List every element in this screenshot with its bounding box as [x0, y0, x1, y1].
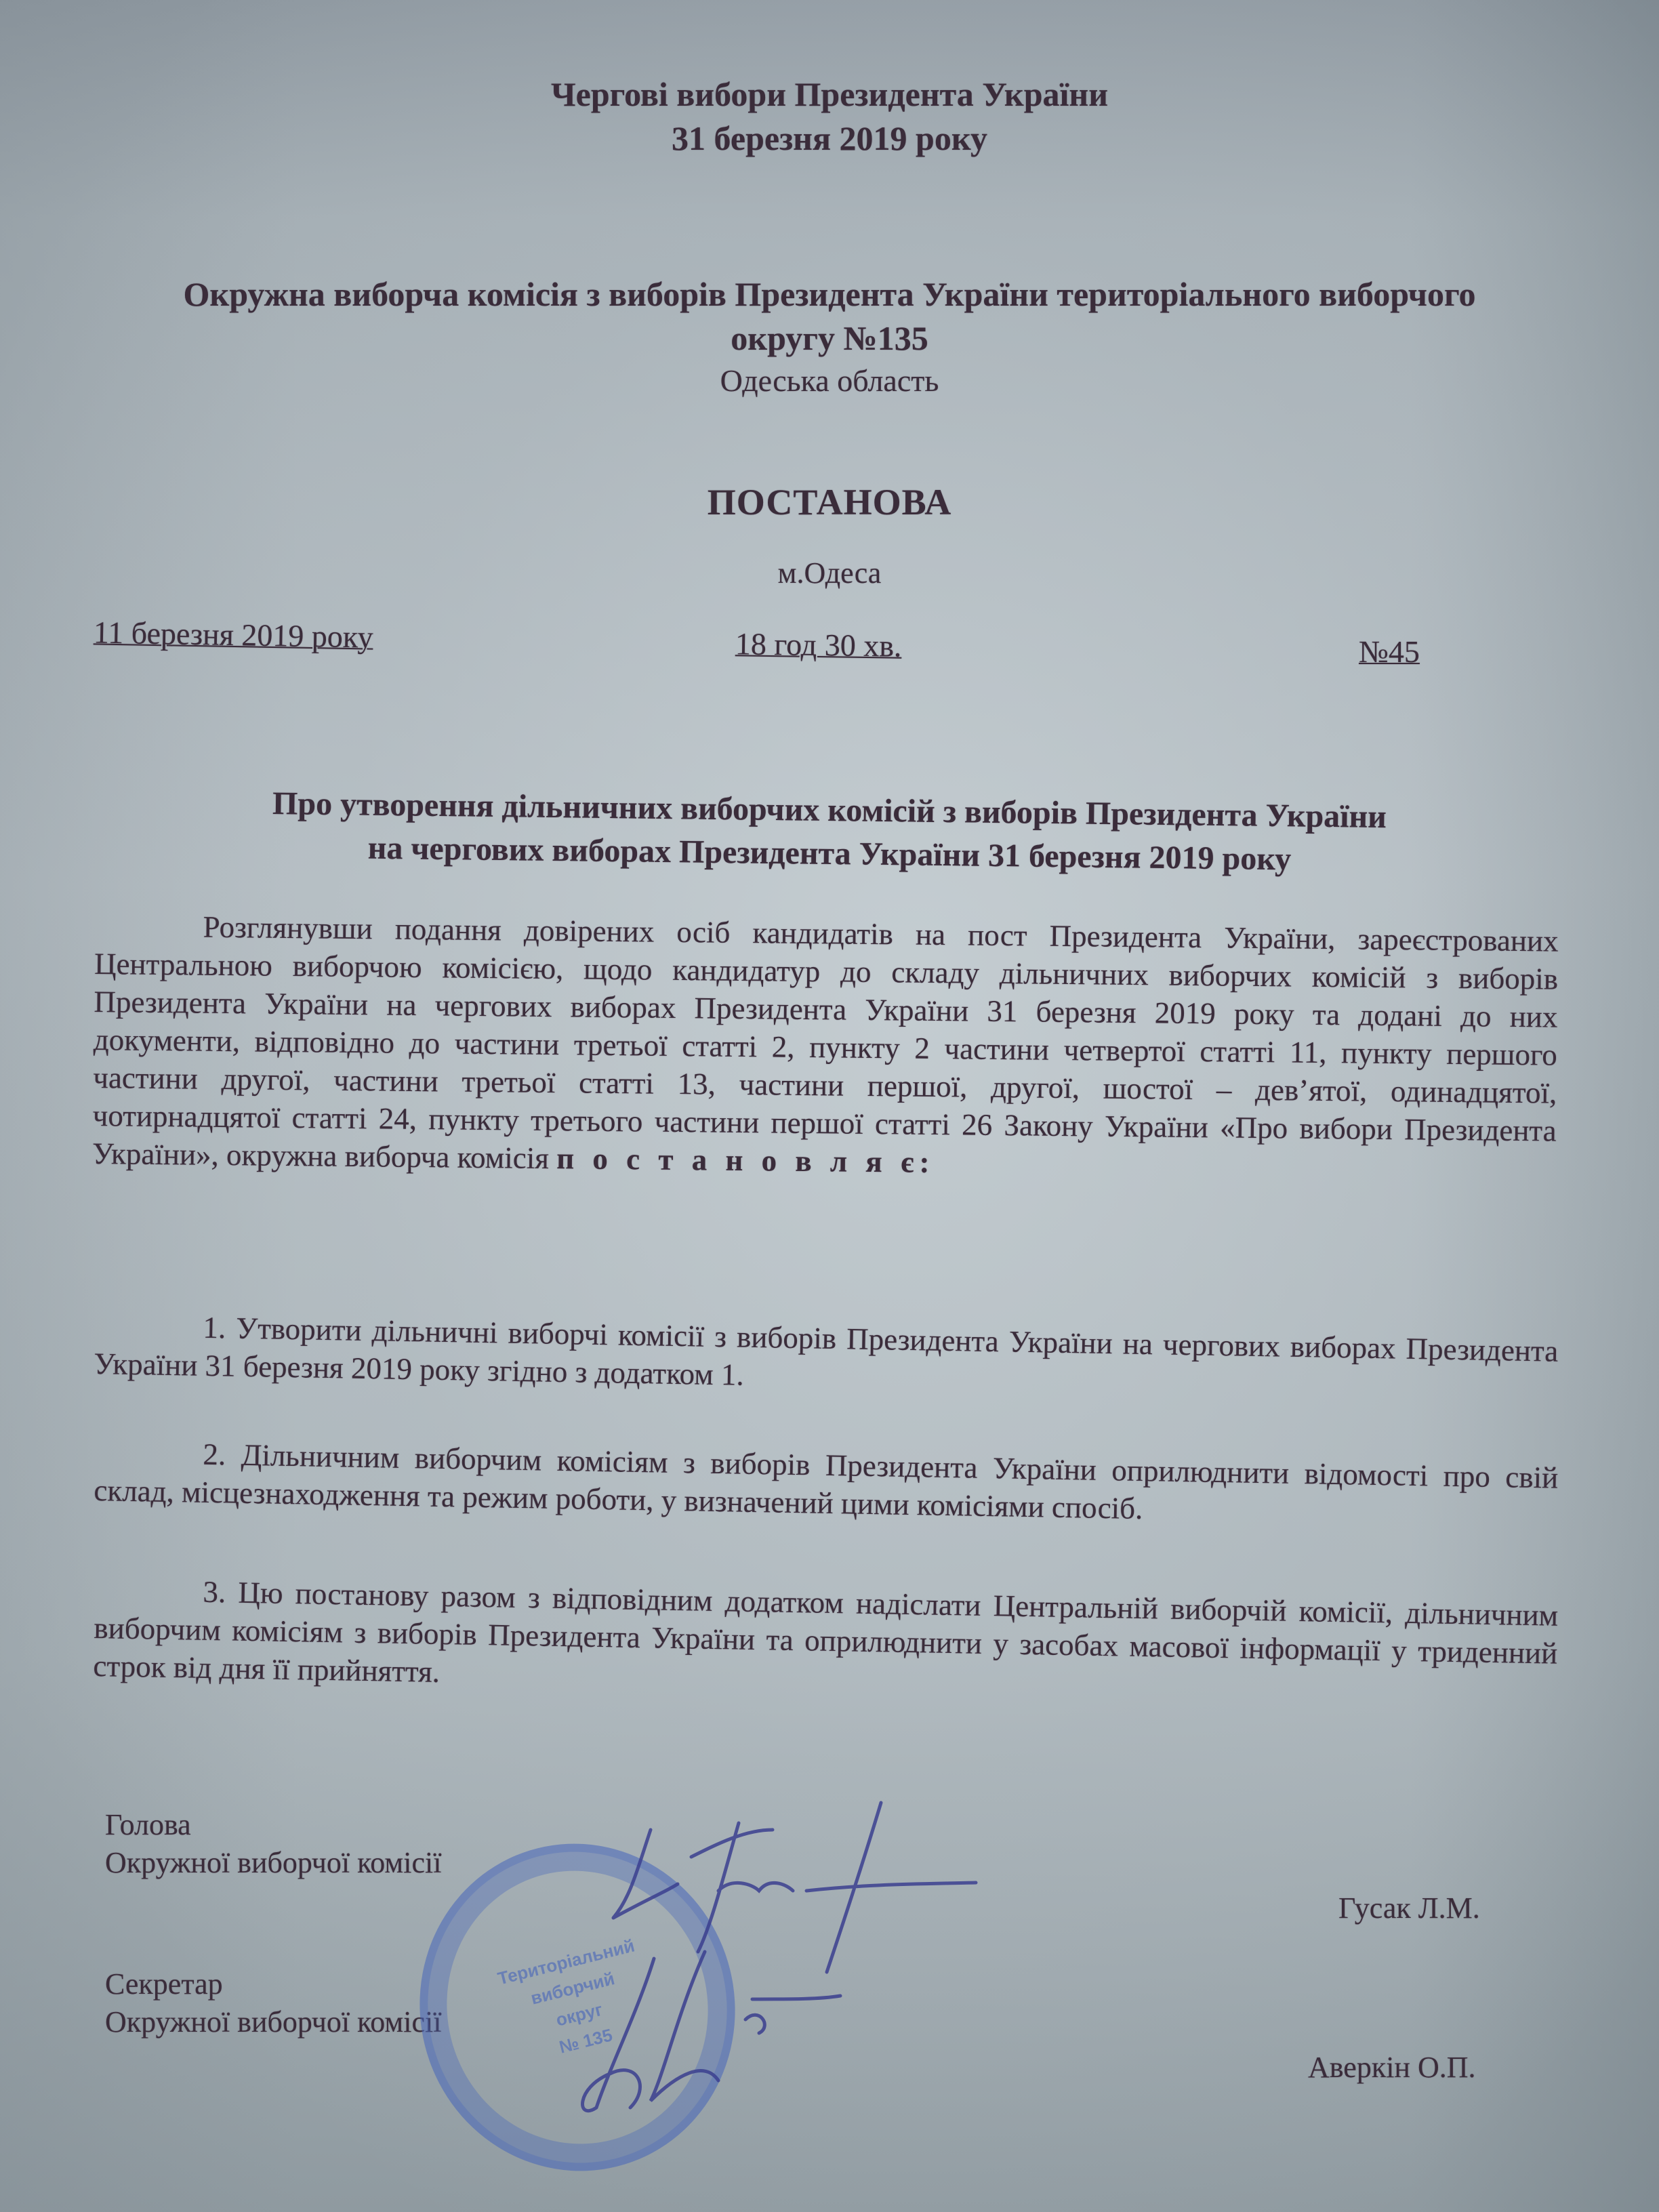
stamp-text: Територіальний виборчий округ № 135 [495, 1931, 657, 2070]
preamble-paragraph: Розглянувши подання довірених осіб канди… [92, 907, 1559, 1188]
chair-body: Окружної виборчої комісії [105, 1844, 441, 1882]
election-title: Чергові вибори Президента України [0, 75, 1659, 114]
resolution-item-3: 3. Цю постанову разом з відповідним дода… [93, 1571, 1559, 1711]
commission-name-line2: округу №135 [0, 319, 1659, 358]
document-page: Чергові вибори Президента України 31 бер… [0, 0, 1659, 2212]
chair-role: Голова [105, 1806, 191, 1844]
preamble-text: Розглянувши подання довірених осіб канди… [92, 910, 1559, 1175]
resolution-item-1: 1. Утворити дільничні виборчі комісії з … [94, 1307, 1559, 1408]
document-title: ПОСТАНОВА [0, 481, 1659, 523]
document-time: 18 год 30 хв. [735, 626, 902, 663]
secretary-name: Аверкін О.П. [1308, 2050, 1476, 2085]
document-city: м.Одеса [0, 556, 1659, 590]
secretary-body: Окружної виборчої комісії [105, 2003, 441, 2041]
official-stamp: Територіальний виборчий округ № 135 [385, 1810, 769, 2205]
commission-name-line1: Окружна виборча комісія з виборів Презид… [0, 274, 1659, 314]
election-date: 31 березня 2019 року [0, 119, 1659, 158]
document-number: №45 [1359, 634, 1420, 670]
secretary-role: Секретар [105, 1965, 223, 2003]
chair-name: Гусак Л.М. [1338, 1891, 1480, 1925]
document-date: 11 березня 2019 року [94, 614, 374, 655]
commission-region: Одеська область [0, 363, 1659, 398]
preamble-resolves: п о с т а н о в л я є: [556, 1141, 935, 1179]
resolution-item-2: 2. Дільничним виборчим комісіям з виборі… [94, 1433, 1559, 1535]
